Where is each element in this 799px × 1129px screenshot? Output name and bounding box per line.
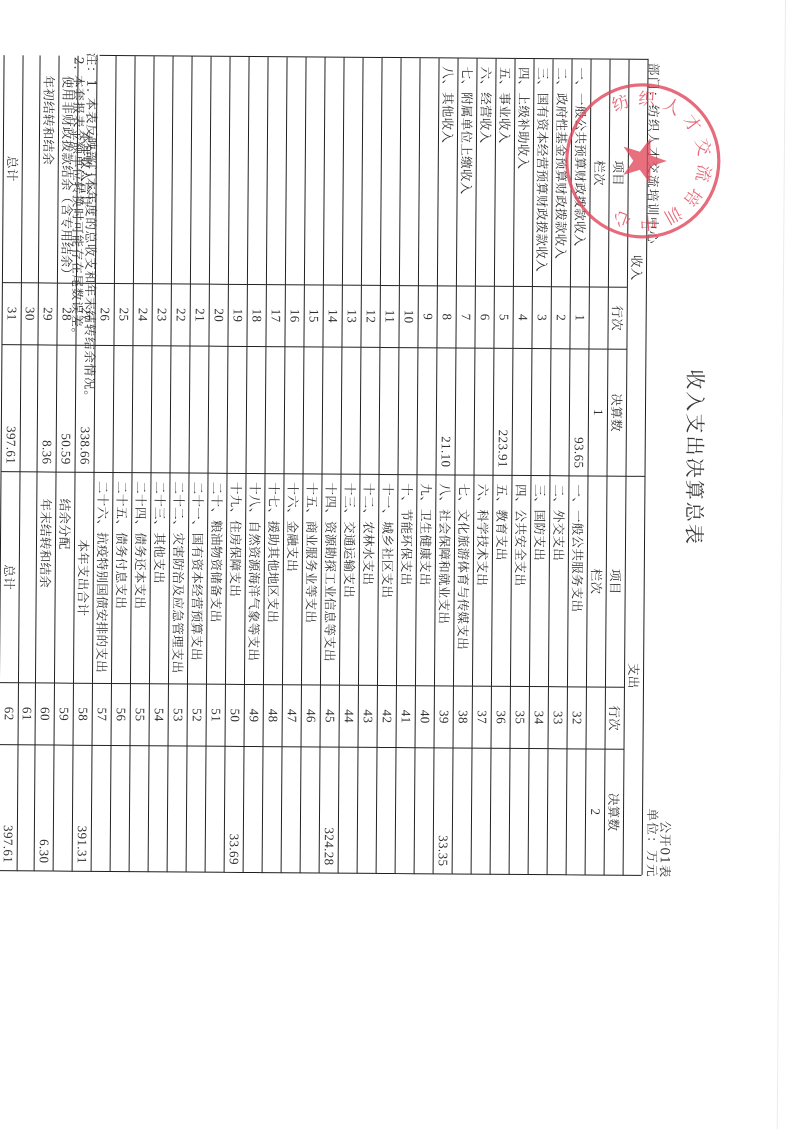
expense-line-no: 55 bbox=[130, 684, 149, 746]
expense-amount bbox=[547, 749, 567, 875]
income-item: 六、经营收入 bbox=[475, 59, 496, 287]
expense-line-no: 40 bbox=[415, 686, 434, 748]
expense-item: 二十一、国有资本经营预算支出 bbox=[187, 474, 208, 685]
document-page: 收入支出决算总表 公开01表 部门：纺织人才交流培训中心 单位：万元 收入 支出… bbox=[0, 0, 799, 1129]
expense-item: 二十、粮油物资储备支出 bbox=[206, 474, 227, 685]
expense-item: 二十四、债务还本支出 bbox=[130, 473, 151, 684]
income-amount: 21.10 bbox=[436, 348, 456, 475]
expense-line-no: 58 bbox=[73, 684, 92, 746]
income-item bbox=[133, 56, 154, 284]
expense-line-no: 54 bbox=[149, 684, 168, 746]
expense-amount: 6.30 bbox=[34, 745, 54, 871]
income-item bbox=[342, 58, 363, 286]
unit-label: 单位：万元 bbox=[646, 808, 660, 878]
expense-line-no: 59 bbox=[54, 684, 73, 746]
income-amount bbox=[398, 348, 418, 475]
expense-item: 二十六、抗疫特别国债安排的支出 bbox=[92, 473, 113, 684]
expense-item: 十一、城乡社区支出 bbox=[377, 475, 398, 686]
expense-line-no: 33 bbox=[548, 687, 567, 749]
expense-item: 年末结转和结余 bbox=[35, 472, 56, 683]
expense-line-no: 38 bbox=[453, 686, 472, 748]
expense-line-no: 61 bbox=[18, 683, 35, 745]
expense-line-no: 53 bbox=[168, 684, 187, 746]
income-amount bbox=[322, 348, 342, 475]
expense-line-no: 43 bbox=[358, 686, 377, 748]
income-item: 五、事业收入 bbox=[494, 59, 515, 287]
expense-amount bbox=[490, 749, 510, 875]
income-line-no: 12 bbox=[360, 286, 379, 348]
income-item bbox=[380, 58, 401, 286]
expense-amount bbox=[357, 748, 377, 874]
income-line-no: 13 bbox=[341, 286, 360, 348]
income-amount bbox=[550, 349, 570, 476]
income-line-no: 2 bbox=[550, 287, 569, 349]
income-item bbox=[361, 58, 382, 286]
scan-edge-line bbox=[777, 0, 786, 1129]
expense-line-no-blank bbox=[586, 687, 605, 749]
income-amount bbox=[20, 345, 38, 472]
income-item: 总计 bbox=[2, 55, 23, 283]
expense-item: 五、教育支出 bbox=[491, 476, 512, 687]
income-amount bbox=[113, 346, 133, 473]
expense-line-no: 60 bbox=[35, 683, 54, 745]
income-column-label: 栏次 bbox=[589, 59, 610, 287]
income-group-header: 收入 bbox=[626, 60, 648, 477]
expense-amount bbox=[509, 749, 529, 875]
income-amount-header: 决算数 bbox=[607, 350, 627, 477]
income-amount bbox=[455, 348, 475, 475]
expense-column-label: 栏次 bbox=[586, 476, 607, 687]
income-line-no: 3 bbox=[531, 287, 550, 349]
expense-item: 结余分配 bbox=[54, 473, 75, 684]
expense-line-no: 37 bbox=[472, 687, 491, 749]
expense-amount bbox=[528, 749, 548, 875]
income-line-no: 6 bbox=[474, 287, 493, 349]
expense-item: 二十三、其他支出 bbox=[149, 473, 170, 684]
income-line-no: 14 bbox=[322, 286, 341, 348]
income-amount bbox=[151, 346, 171, 473]
expense-line-no: 47 bbox=[282, 685, 301, 747]
income-item bbox=[418, 58, 439, 286]
income-item bbox=[323, 58, 344, 286]
expense-amount bbox=[376, 748, 396, 874]
expense-item-header: 项目 bbox=[605, 477, 626, 688]
expense-item: 总计 bbox=[0, 472, 20, 683]
income-line-no: 19 bbox=[227, 285, 246, 347]
expense-item: 四、公共安全支出 bbox=[510, 476, 531, 687]
expense-amount bbox=[243, 747, 263, 873]
income-line-no: 22 bbox=[170, 284, 189, 346]
expense-amount bbox=[300, 747, 320, 873]
income-amount bbox=[341, 348, 361, 475]
expense-item: 本年支出合计 bbox=[73, 473, 94, 684]
income-item bbox=[21, 55, 40, 283]
expense-item: 二十五、债务付息支出 bbox=[111, 473, 132, 684]
income-line-no: 8 bbox=[436, 286, 455, 348]
income-item bbox=[285, 57, 306, 285]
expense-amount bbox=[566, 749, 586, 875]
expense-line-no: 45 bbox=[320, 686, 339, 748]
income-item bbox=[171, 56, 192, 284]
income-amount: 223.91 bbox=[493, 349, 513, 476]
expense-amount bbox=[148, 746, 168, 872]
expense-line-no: 36 bbox=[491, 687, 510, 749]
expense-line-no: 52 bbox=[187, 685, 206, 747]
expense-item bbox=[18, 472, 37, 683]
expense-item: 十六、金融支出 bbox=[282, 474, 303, 685]
income-line-no: 24 bbox=[132, 284, 151, 346]
expense-amount bbox=[471, 749, 491, 875]
expense-amount bbox=[262, 747, 282, 873]
expense-amount bbox=[281, 747, 301, 873]
expense-amount: 324.28 bbox=[319, 748, 339, 874]
income-item: 七、附属单位上缴收入 bbox=[456, 58, 477, 286]
income-item: 三、国有资本经营预算财政拨款收入 bbox=[532, 59, 553, 287]
expense-item: 十七、援助其他地区支出 bbox=[263, 474, 284, 685]
expense-amount bbox=[129, 746, 149, 872]
expense-item: 三、国防支出 bbox=[529, 476, 550, 687]
income-line-no: 21 bbox=[189, 285, 208, 347]
department-label: 部门：纺织人才交流培训中心 bbox=[646, 63, 660, 245]
expense-line-no: 32 bbox=[567, 687, 586, 749]
expense-item: 七、文化旅游体育与传媒支出 bbox=[453, 475, 474, 686]
income-amount bbox=[284, 347, 304, 474]
expense-item: 十三、交通运输支出 bbox=[339, 475, 360, 686]
expense-line-no: 49 bbox=[244, 685, 263, 747]
income-amount bbox=[170, 346, 190, 473]
income-item bbox=[266, 57, 287, 285]
income-amount-column-no: 1 bbox=[588, 349, 608, 476]
income-amount bbox=[531, 349, 551, 476]
income-item bbox=[399, 58, 420, 286]
income-line-no: 10 bbox=[398, 286, 417, 348]
income-item: 一、一般公共预算财政拨款收入 bbox=[570, 59, 591, 287]
expense-item: 二、外交支出 bbox=[548, 476, 569, 687]
income-line-no: 7 bbox=[455, 286, 474, 348]
expense-amount bbox=[167, 746, 187, 872]
footnote-2: 2. 本套报表金额单位转换时可能存在尾数误差。 bbox=[70, 57, 85, 341]
income-amount: 8.36 bbox=[37, 345, 57, 472]
expense-line-no: 34 bbox=[529, 687, 548, 749]
expense-line-no: 35 bbox=[510, 687, 529, 749]
income-line-no: 11 bbox=[379, 286, 398, 348]
expense-line-no-header: 行次 bbox=[605, 688, 624, 750]
income-item bbox=[114, 56, 135, 284]
income-item bbox=[247, 57, 268, 285]
income-item: 八、其他收入 bbox=[437, 58, 458, 286]
income-item bbox=[209, 57, 230, 285]
income-expense-table: 收入 支出 项目 行次 决算数 项目 行次 决算数 栏次 1 栏次 2 一、一般… bbox=[94, 55, 649, 875]
income-line-no-header: 行次 bbox=[607, 288, 626, 350]
expense-amount: 391.31 bbox=[72, 746, 92, 872]
expense-item: 十五、商业服务业等支出 bbox=[301, 474, 322, 685]
expense-line-no: 46 bbox=[301, 685, 320, 747]
expense-line-no: 56 bbox=[111, 684, 130, 746]
income-line-no: 25 bbox=[113, 284, 132, 346]
expense-item: 一、一般公共服务支出 bbox=[567, 476, 588, 687]
expense-line-no: 51 bbox=[206, 685, 225, 747]
expense-line-no: 57 bbox=[92, 684, 111, 746]
expense-amount: 33.69 bbox=[224, 747, 244, 873]
expense-line-no: 42 bbox=[377, 686, 396, 748]
income-item: 二、政府性基金预算财政拨款收入 bbox=[551, 59, 572, 287]
expense-line-no: 41 bbox=[396, 686, 415, 748]
income-line-no: 15 bbox=[303, 285, 322, 347]
expense-amount-header: 决算数 bbox=[604, 750, 624, 876]
expense-line-no: 62 bbox=[0, 683, 18, 745]
income-item bbox=[152, 56, 173, 284]
income-amount bbox=[474, 349, 494, 476]
income-amount bbox=[246, 347, 266, 474]
expense-amount bbox=[205, 747, 225, 873]
income-line-no: 17 bbox=[265, 285, 284, 347]
expense-amount bbox=[338, 748, 358, 874]
income-item: 年初结转和结余 bbox=[38, 55, 59, 283]
income-amount bbox=[265, 347, 285, 474]
expense-amount: 33.35 bbox=[433, 748, 453, 874]
income-amount bbox=[303, 347, 323, 474]
income-line-no: 9 bbox=[417, 286, 436, 348]
expense-line-no: 50 bbox=[225, 685, 244, 747]
income-amount: 50.59 bbox=[56, 346, 76, 473]
page-title: 收入支出决算总表 bbox=[683, 369, 706, 546]
income-item: 四、上级补助收入 bbox=[513, 59, 534, 287]
expense-item: 十四、资源勘探工业信息等支出 bbox=[320, 475, 341, 686]
income-item bbox=[304, 57, 325, 285]
expense-amount-column-no: 2 bbox=[585, 749, 605, 875]
income-amount bbox=[189, 347, 209, 474]
form-code: 公开01表 bbox=[659, 821, 672, 879]
expense-item: 十九、住房保障支出 bbox=[225, 474, 246, 685]
expense-amount bbox=[186, 747, 206, 873]
income-amount: 397.61 bbox=[1, 345, 21, 472]
expense-line-no: 48 bbox=[263, 685, 282, 747]
expense-item: 二十二、灾害防治及应急管理支出 bbox=[168, 473, 189, 684]
income-line-no: 30 bbox=[20, 283, 37, 345]
expense-item: 十、节能环保支出 bbox=[396, 475, 417, 686]
expense-line-no: 39 bbox=[434, 686, 453, 748]
income-line-no: 31 bbox=[1, 283, 20, 345]
expense-group-header: 支出 bbox=[623, 477, 645, 876]
expense-item: 八、社会保障和就业支出 bbox=[434, 475, 455, 686]
expense-item: 六、科学技术支出 bbox=[472, 476, 493, 687]
income-line-no: 23 bbox=[151, 284, 170, 346]
income-line-no: 29 bbox=[37, 283, 56, 345]
income-line-no: 1 bbox=[569, 287, 588, 349]
income-line-no: 4 bbox=[512, 287, 531, 349]
income-line-no-blank bbox=[588, 287, 607, 349]
expense-amount bbox=[91, 746, 111, 872]
income-amount bbox=[360, 348, 380, 475]
income-amount bbox=[379, 348, 399, 475]
income-line-no: 5 bbox=[493, 287, 512, 349]
income-item bbox=[190, 57, 211, 285]
income-amount bbox=[132, 346, 152, 473]
income-amount bbox=[208, 347, 228, 474]
expense-item: 十八、自然资源海洋气象等支出 bbox=[244, 474, 265, 685]
expense-amount: 397.61 bbox=[0, 745, 18, 871]
expense-item: 十二、农林水支出 bbox=[358, 475, 379, 686]
expense-amount bbox=[17, 745, 35, 871]
income-amount: 93.65 bbox=[569, 349, 589, 476]
income-item bbox=[228, 57, 249, 285]
income-amount bbox=[512, 349, 532, 476]
expense-item: 九、卫生健康支出 bbox=[415, 475, 436, 686]
expense-amount bbox=[395, 748, 415, 874]
income-line-no: 18 bbox=[246, 285, 265, 347]
expense-line-no: 44 bbox=[339, 686, 358, 748]
income-item-header: 项目 bbox=[608, 60, 629, 288]
income-line-no: 20 bbox=[208, 285, 227, 347]
expense-amount bbox=[53, 746, 73, 872]
expense-amount bbox=[452, 748, 472, 874]
expense-amount bbox=[414, 748, 434, 874]
income-amount bbox=[417, 348, 437, 475]
expense-amount bbox=[110, 746, 130, 872]
income-line-no: 16 bbox=[284, 285, 303, 347]
income-amount bbox=[227, 347, 247, 474]
